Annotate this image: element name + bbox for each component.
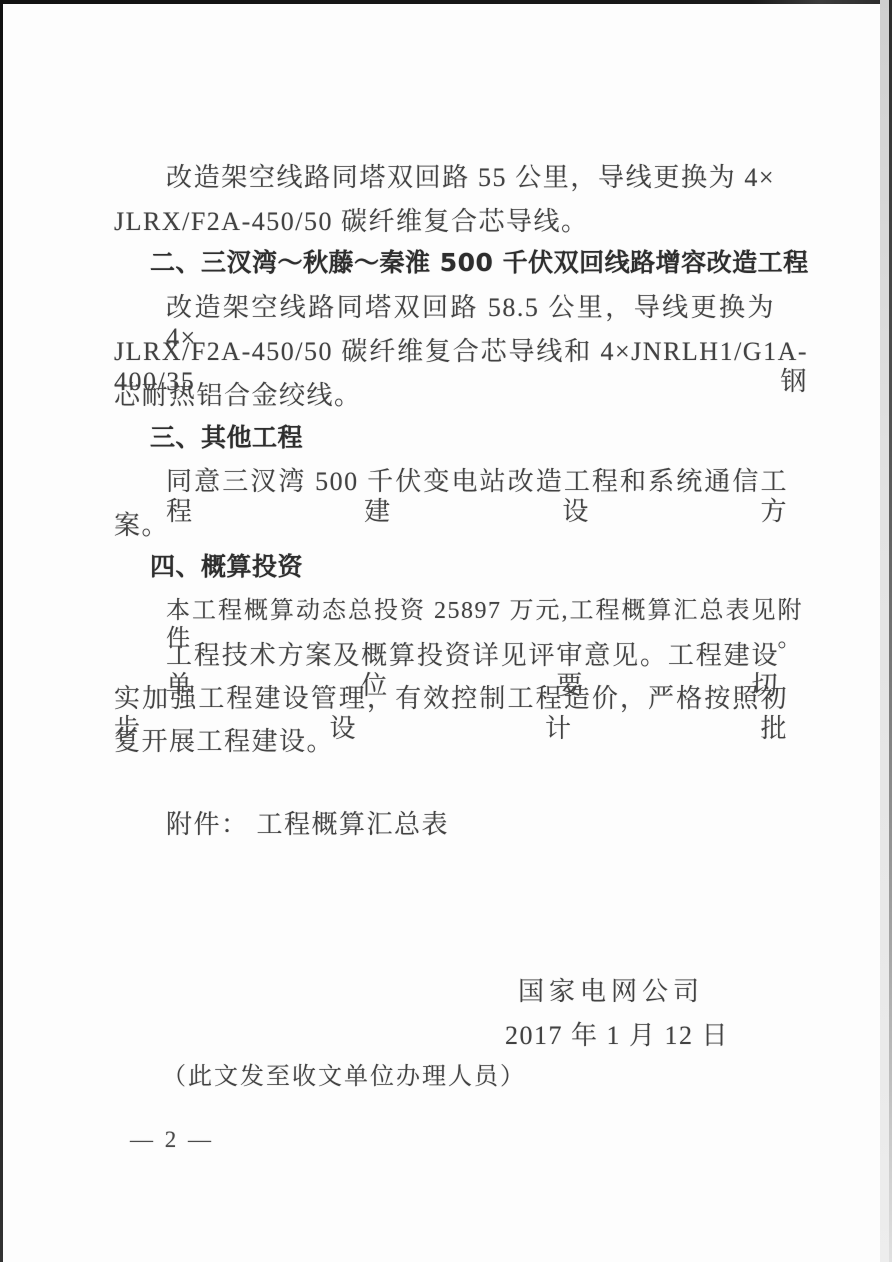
scan-artifact-left-edge [0,0,3,1262]
page-number: — 2 — [130,1127,214,1153]
para-1-line-2: JLRX/F2A-450/50 碳纤维复合芯导线。 [114,207,588,237]
para-5-line-3: 复开展工程建设。 [114,727,334,757]
scan-artifact-right-shade [880,0,889,1262]
para-1-line-1: 改造架空线路同塔双回路 55 公里，导线更换为 4× [166,163,775,193]
section-heading-2: 二、三汊湾～秋藤～秦淮 500 千伏双回线路增容改造工程 [150,249,809,278]
para-2-line-3: 芯耐热铝合金绞线。 [114,381,362,411]
issue-date: 2017 年 1 月 12 日 [505,1021,729,1051]
para-3-line-2: 案。 [114,511,169,541]
issuer-name: 国家电网公司 [518,977,704,1007]
attachment-line: 附件： 工程概算汇总表 [166,810,449,840]
section-heading-4: 四、概算投资 [150,553,303,582]
scan-artifact-top-edge [0,0,892,4]
distribution-note: （此文发至收文单位办理人员） [162,1064,526,1092]
para-3-line-1: 同意三汊湾 500 千伏变电站改造工程和系统通信工程建设方 [166,467,788,527]
scanned-document-page: 改造架空线路同塔双回路 55 公里，导线更换为 4× JLRX/F2A-450/… [0,0,892,1262]
section-heading-3: 三、其他工程 [150,424,303,453]
